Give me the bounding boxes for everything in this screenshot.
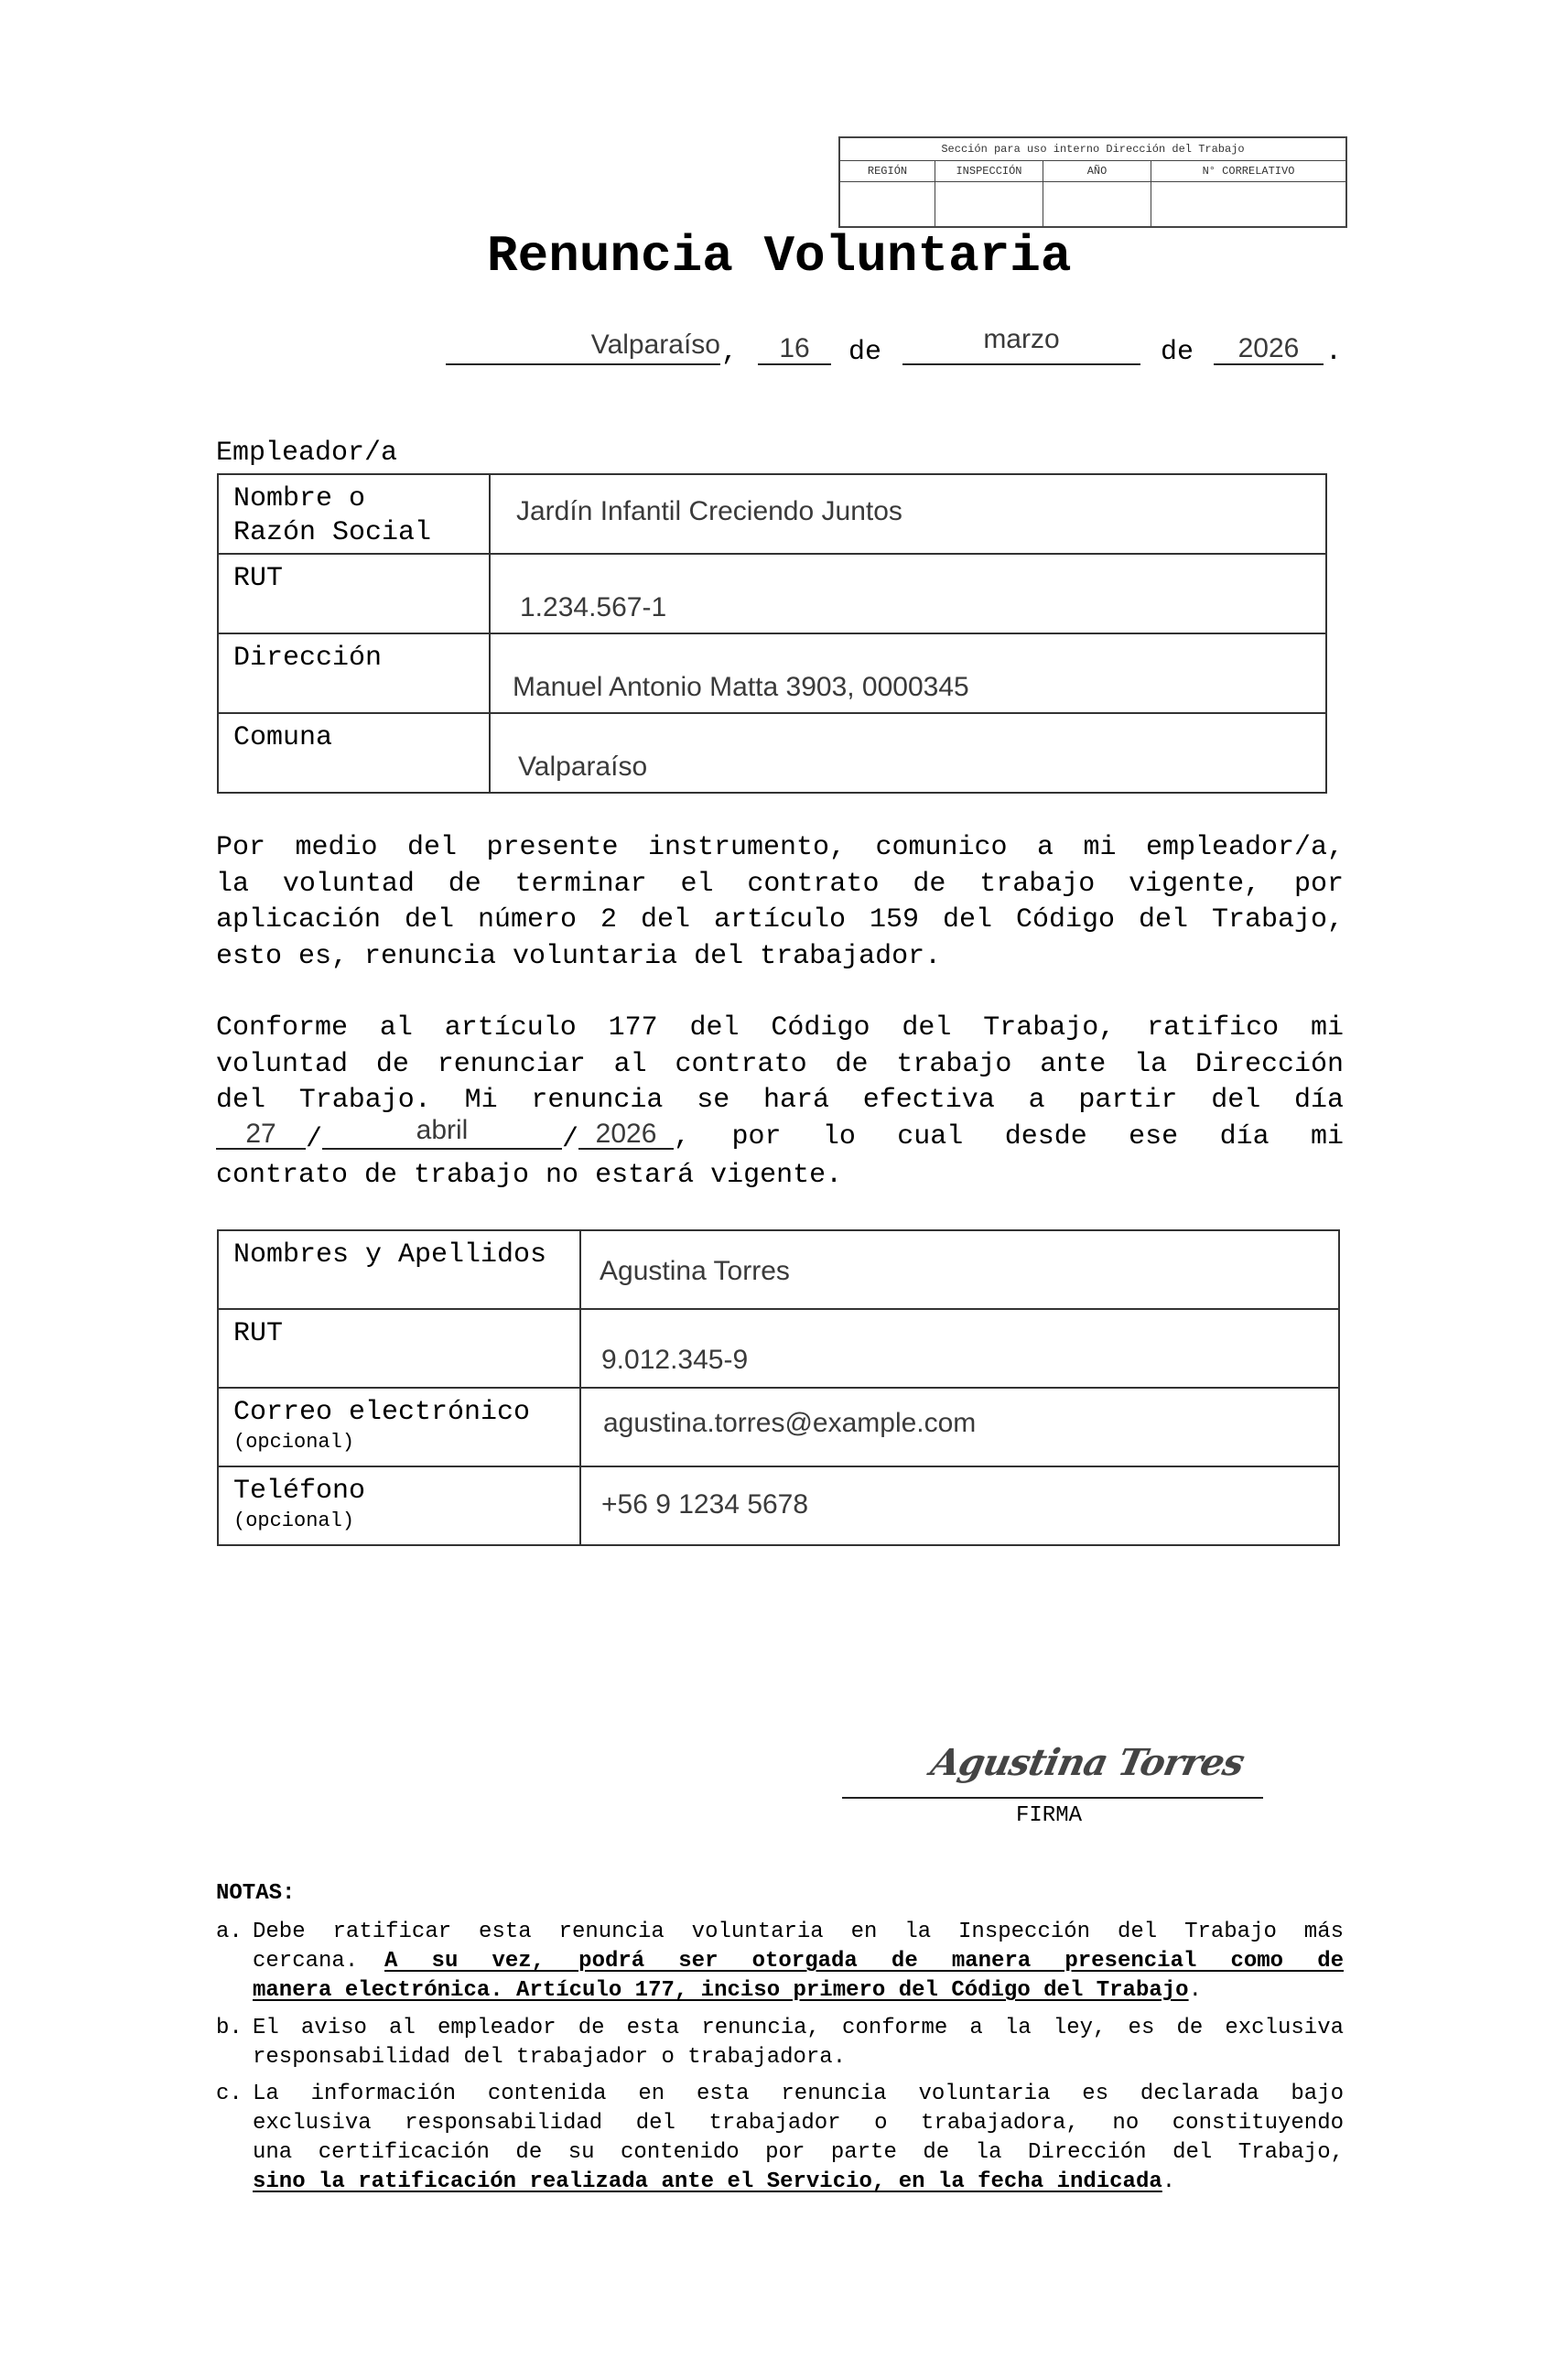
note-c: c. La información contenida en esta renu… <box>216 2080 1344 2197</box>
after-date-word: por <box>731 1120 781 1159</box>
effective-month-value: abril <box>416 1115 469 1145</box>
employer-row-comuna: Comuna Valparaíso <box>218 713 1326 793</box>
after-date-word: día <box>1220 1120 1270 1159</box>
note-line: El aviso al empleador de esta renuncia, … <box>253 2014 1344 2043</box>
employer-rut-label: RUT <box>218 554 490 633</box>
city-underline <box>446 363 720 365</box>
region-field <box>840 182 935 228</box>
employer-address-field[interactable]: Manuel Antonio Matta 3903, 0000345 <box>490 633 1326 713</box>
after-date-word: , <box>674 1120 690 1159</box>
note-line: exclusiva responsabilidad del trabajador… <box>253 2109 1344 2138</box>
internal-use-header-row: REGIÓN INSPECCIÓN AÑO N° CORRELATIVO <box>840 161 1345 182</box>
note-line: una certificación de su contenido por pa… <box>253 2138 1344 2168</box>
label-line: Razón Social <box>233 517 431 548</box>
label-text: Correo electrónico <box>233 1397 530 1428</box>
signature-label: FIRMA <box>1016 1803 1082 1828</box>
paragraph-line: del Trabajo. Mi renuncia se hará efectiv… <box>216 1083 1344 1120</box>
worker-row-email: Correo electrónico (opcional) agustina.t… <box>218 1388 1339 1466</box>
worker-rut-field[interactable]: 9.012.345-9 <box>580 1309 1339 1388</box>
worker-row-rut: RUT 9.012.345-9 <box>218 1309 1339 1388</box>
paragraph-line: la voluntad de terminar el contrato de t… <box>216 867 1344 903</box>
effective-year-field[interactable]: 2026 <box>578 1120 674 1150</box>
col-correlativo: N° CORRELATIVO <box>1151 161 1345 181</box>
optional-hint: (opcional) <box>233 1509 579 1534</box>
city-field[interactable]: Valparaíso <box>446 330 720 361</box>
worker-name-field[interactable]: Agustina Torres <box>580 1230 1339 1309</box>
paragraph-line: esto es, renuncia voluntaria del trabaja… <box>216 939 1344 976</box>
paragraph-line: contrato de trabajo no estará vigente. <box>216 1158 1344 1195</box>
note-line: cercana. A su vez, podrá ser otorgada de… <box>253 1947 1344 1976</box>
note-marker: c. <box>216 2080 243 2109</box>
after-date-text: ,porlocualdesdeesedíami <box>674 1120 1344 1159</box>
worker-email-label: Correo electrónico (opcional) <box>218 1388 580 1466</box>
after-date-word: lo <box>823 1120 856 1159</box>
worker-phone-field[interactable]: +56 9 1234 5678 <box>580 1466 1339 1545</box>
comma: , <box>721 337 738 368</box>
effective-month-field[interactable]: abril <box>322 1120 562 1150</box>
paragraph-line: Por medio del presente instrumento, comu… <box>216 830 1344 867</box>
note-line: manera electrónica. Artículo 177, inciso… <box>253 1976 1344 2006</box>
label-line: Nombre o <box>233 483 365 514</box>
month-underline <box>902 363 1140 365</box>
inspeccion-field <box>935 182 1043 228</box>
date-separator: / <box>562 1124 578 1155</box>
date-separator: / <box>306 1124 322 1155</box>
note-emphasis: manera electrónica. Artículo 177, inciso… <box>253 1978 1189 2003</box>
employer-name-field[interactable]: Jardín Infantil Creciendo Juntos <box>490 474 1326 554</box>
page-title: Renuncia Voluntaria <box>487 227 1072 286</box>
signature-image: Agustina Torres <box>927 1741 1248 1784</box>
note-b: b. El aviso al empleador de esta renunci… <box>216 2014 1344 2072</box>
after-date-word: desde <box>1005 1120 1087 1159</box>
col-region: REGIÓN <box>840 161 935 181</box>
after-date-word: ese <box>1129 1120 1178 1159</box>
paragraph-line: Conforme al artículo 177 del Código del … <box>216 1011 1344 1047</box>
note-emphasis: A su vez, podrá ser otorgada de manera p… <box>384 1947 1344 1976</box>
note-line: sino la ratificación realizada ante el S… <box>253 2168 1344 2197</box>
city-value: Valparaíso <box>591 330 720 360</box>
note-marker: b. <box>216 2014 243 2043</box>
worker-table: Nombres y Apellidos Agustina Torres RUT … <box>217 1229 1340 1546</box>
internal-use-title: Sección para uso interno Dirección del T… <box>840 138 1345 161</box>
col-inspeccion: INSPECCIÓN <box>935 161 1043 181</box>
worker-phone-label: Teléfono (opcional) <box>218 1466 580 1545</box>
employer-comuna-label: Comuna <box>218 713 490 793</box>
employer-row-rut: RUT 1.234.567-1 <box>218 554 1326 633</box>
note-marker: a. <box>216 1918 243 1947</box>
note-a: a. Debe ratificar esta renuncia voluntar… <box>216 1918 1344 2006</box>
note-text: cercana. <box>253 1947 384 1976</box>
employer-row-name: Nombre o Razón Social Jardín Infantil Cr… <box>218 474 1326 554</box>
period: . <box>1325 337 1342 368</box>
employer-rut-field[interactable]: 1.234.567-1 <box>490 554 1326 633</box>
de-label-1: de <box>848 337 881 368</box>
worker-rut-label: RUT <box>218 1309 580 1388</box>
paragraph-line: aplicación del número 2 del artículo 159… <box>216 903 1344 939</box>
worker-name-label: Nombres y Apellidos <box>218 1230 580 1309</box>
paragraph-ratification: Conforme al artículo 177 del Código del … <box>216 1011 1344 1195</box>
note-text: . <box>1189 1978 1202 2003</box>
paragraph-line: voluntad de renunciar al contrato de tra… <box>216 1047 1344 1084</box>
effective-day-value: 27 <box>245 1119 276 1149</box>
optional-hint: (opcional) <box>233 1430 579 1455</box>
worker-email-field[interactable]: agustina.torres@example.com <box>580 1388 1339 1466</box>
year-field[interactable]: 2026 <box>1214 333 1324 364</box>
employer-row-address: Dirección Manuel Antonio Matta 3903, 000… <box>218 633 1326 713</box>
label-text: Teléfono <box>233 1476 365 1507</box>
col-anio: AÑO <box>1043 161 1151 181</box>
employer-section-label: Empleador/a <box>216 438 397 469</box>
after-date-word: cual <box>897 1120 963 1159</box>
month-field[interactable]: marzo <box>902 324 1140 355</box>
note-emphasis: sino la ratificación realizada ante el S… <box>253 2169 1162 2194</box>
employer-name-label: Nombre o Razón Social <box>218 474 490 554</box>
effective-day-field[interactable]: 27 <box>216 1120 306 1150</box>
after-date-word: mi <box>1311 1120 1344 1159</box>
worker-row-name: Nombres y Apellidos Agustina Torres <box>218 1230 1339 1309</box>
note-line: Debe ratificar esta renuncia voluntaria … <box>253 1918 1344 1947</box>
internal-use-blank-row <box>840 182 1345 228</box>
signature-line <box>842 1797 1263 1799</box>
note-line: La información contenida en esta renunci… <box>253 2080 1344 2109</box>
correlativo-field <box>1151 182 1345 228</box>
note-text: . <box>1162 2169 1175 2194</box>
worker-row-phone: Teléfono (opcional) +56 9 1234 5678 <box>218 1466 1339 1545</box>
effective-year-value: 2026 <box>596 1119 657 1149</box>
employer-address-label: Dirección <box>218 633 490 713</box>
employer-table: Nombre o Razón Social Jardín Infantil Cr… <box>217 473 1327 794</box>
day-field[interactable]: 16 <box>758 333 831 364</box>
de-label-2: de <box>1161 337 1194 368</box>
internal-use-section: Sección para uso interno Dirección del T… <box>838 136 1347 228</box>
anio-field <box>1043 182 1151 228</box>
effective-date: 27/abril/2026 <box>216 1120 674 1159</box>
note-line: responsabilidad del trabajador o trabaja… <box>253 2043 1344 2072</box>
paragraph-resignation: Por medio del presente instrumento, comu… <box>216 830 1344 975</box>
notes-title: NOTAS: <box>216 1881 295 1906</box>
effective-date-line: 27/abril/2026 ,porlocualdesdeesedíami <box>216 1120 1344 1159</box>
employer-comuna-field[interactable]: Valparaíso <box>490 713 1326 793</box>
